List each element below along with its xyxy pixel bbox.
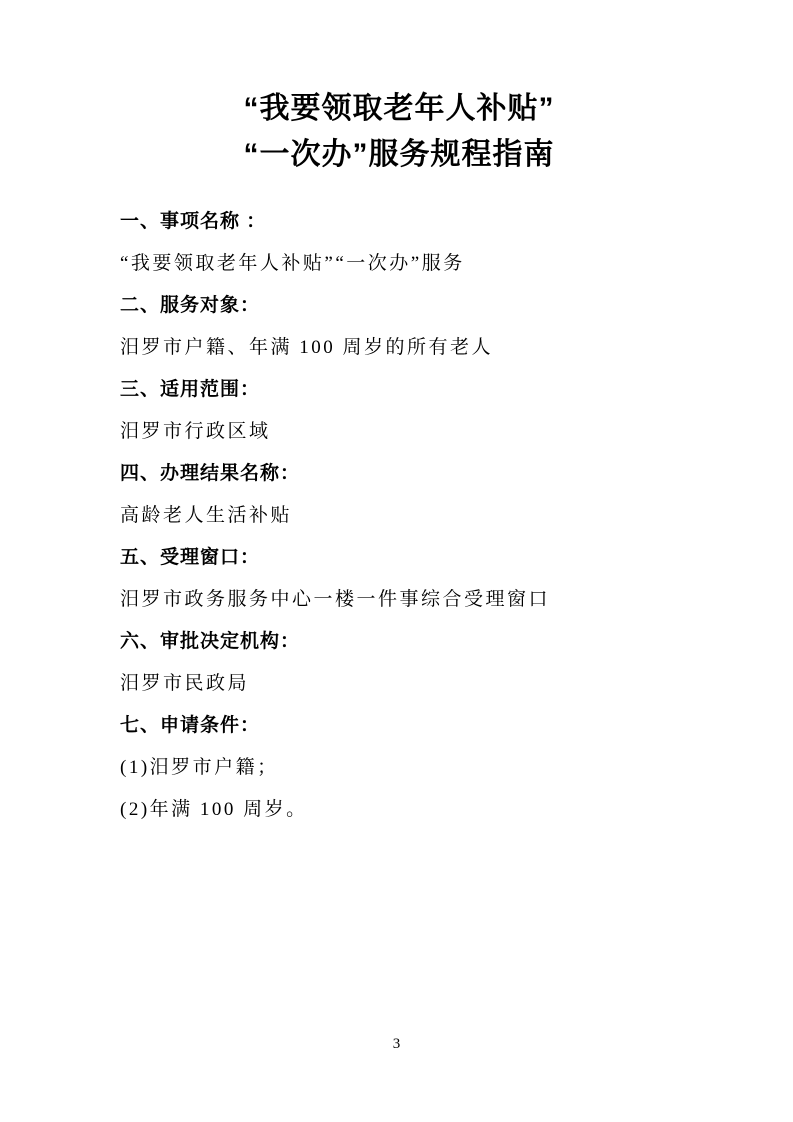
section-heading: 一、事项名称 ： [120, 201, 678, 243]
section-body-text: 汨罗市政务服务中心一楼一件事综合受理窗口 [120, 579, 678, 621]
section-body-text: 汨罗市户籍、年满 100 周岁的所有老人 [120, 327, 678, 369]
section-heading: 五、受理窗口： [120, 537, 678, 579]
section-result-name: 四、办理结果名称： 高龄老人生活补贴 [120, 453, 678, 537]
document-title-line-2: “一次办”服务规程指南 [120, 132, 678, 178]
section-approval-authority: 六、审批决定机构： 汨罗市民政局 [120, 621, 678, 705]
section-heading: 七、申请条件： [120, 705, 678, 747]
section-acceptance-window: 五、受理窗口： 汨罗市政务服务中心一楼一件事综合受理窗口 [120, 537, 678, 621]
section-heading: 六、审批决定机构： [120, 621, 678, 663]
section-heading: 四、办理结果名称： [120, 453, 678, 495]
document-title-line-1: “我要领取老年人补贴” [120, 86, 678, 132]
section-item-name: 一、事项名称 ： “我要领取老年人补贴”“一次办”服务 [120, 201, 678, 285]
document-title: “我要领取老年人补贴” “一次办”服务规程指南 [120, 86, 678, 178]
document-page: “我要领取老年人补贴” “一次办”服务规程指南 一、事项名称 ： “我要领取老年… [0, 0, 793, 1122]
section-body-text: 汨罗市行政区域 [120, 411, 678, 453]
section-body-text: (1)汨罗市户籍； [120, 747, 678, 789]
page-number: 3 [393, 1036, 401, 1052]
document-content: “我要领取老年人补贴” “一次办”服务规程指南 一、事项名称 ： “我要领取老年… [120, 0, 678, 831]
section-heading: 三、适用范围： [120, 369, 678, 411]
section-application-conditions: 七、申请条件： (1)汨罗市户籍； (2)年满 100 周岁。 [120, 705, 678, 831]
section-heading: 二、服务对象： [120, 285, 678, 327]
section-body-text: 高龄老人生活补贴 [120, 495, 678, 537]
section-service-target: 二、服务对象： 汨罗市户籍、年满 100 周岁的所有老人 [120, 285, 678, 369]
section-body-text: “我要领取老年人补贴”“一次办”服务 [120, 243, 678, 285]
page-footer: 3 [0, 1031, 793, 1057]
section-applicable-scope: 三、适用范围： 汨罗市行政区域 [120, 369, 678, 453]
sections: 一、事项名称 ： “我要领取老年人补贴”“一次办”服务 二、服务对象： 汨罗市户… [120, 201, 678, 831]
section-body-text: (2)年满 100 周岁。 [120, 789, 678, 831]
section-body-text: 汨罗市民政局 [120, 663, 678, 705]
